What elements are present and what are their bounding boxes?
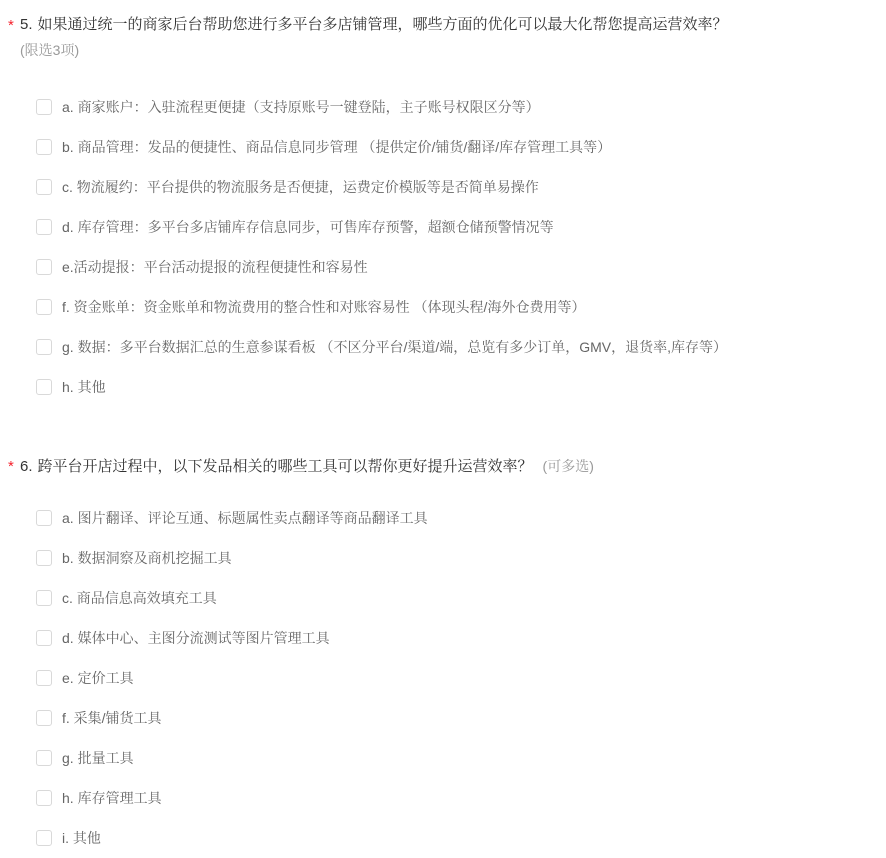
option-row[interactable]: e.活动提报：平台活动提报的流程便捷性和容易性 bbox=[0, 247, 886, 287]
option-label: h. 库存管理工具 bbox=[62, 788, 162, 808]
option-label: d. 库存管理：多平台多店铺库存信息同步，可售库存预警，超额仓储预警情况等 bbox=[62, 217, 554, 237]
question-6-options-list: a. 图片翻译、评论互通、标题属性卖点翻译等商品翻译工具 b. 数据洞察及商机挖… bbox=[0, 498, 886, 858]
option-row[interactable]: h. 其他 bbox=[0, 367, 886, 407]
option-row[interactable]: f. 资金账单：资金账单和物流费用的整合性和对账容易性 （体现头程/海外仓费用等… bbox=[0, 287, 886, 327]
option-label: g. 批量工具 bbox=[62, 748, 134, 768]
option-row[interactable]: f. 采集/铺货工具 bbox=[0, 698, 886, 738]
option-label: i. 其他 bbox=[62, 828, 101, 848]
question-5-options-list: a. 商家账户：入驻流程更便捷（支持原账号一键登陆，主子账号权限区分等） b. … bbox=[0, 87, 886, 407]
option-label: d. 媒体中心、主图分流测试等图片管理工具 bbox=[62, 628, 330, 648]
checkbox-unchecked-icon[interactable] bbox=[36, 259, 52, 275]
required-asterisk: * bbox=[8, 456, 14, 478]
question-6-multi-hint: (可多选) bbox=[543, 458, 594, 474]
checkbox-unchecked-icon[interactable] bbox=[36, 299, 52, 315]
option-row[interactable]: e. 定价工具 bbox=[0, 658, 886, 698]
option-label: g. 数据：多平台数据汇总的生意参谋看板 （不区分平台/渠道/端，总览有多少订单… bbox=[62, 337, 727, 357]
checkbox-unchecked-icon[interactable] bbox=[36, 630, 52, 646]
checkbox-unchecked-icon[interactable] bbox=[36, 510, 52, 526]
question-5: *5.如果通过统一的商家后台帮助您进行多平台多店铺管理，哪些方面的优化可以最大化… bbox=[0, 14, 886, 407]
option-label: f. 资金账单：资金账单和物流费用的整合性和对账容易性 （体现头程/海外仓费用等… bbox=[62, 297, 585, 317]
option-row[interactable]: a. 商家账户：入驻流程更便捷（支持原账号一键登陆，主子账号权限区分等） bbox=[0, 87, 886, 127]
checkbox-unchecked-icon[interactable] bbox=[36, 750, 52, 766]
question-title-text: 跨平台开店过程中，以下发品相关的哪些工具可以帮你更好提升运营效率？ bbox=[38, 458, 533, 475]
question-6-title: *6.跨平台开店过程中，以下发品相关的哪些工具可以帮你更好提升运营效率？(可多选… bbox=[0, 455, 886, 478]
option-label: c. 商品信息高效填充工具 bbox=[62, 588, 217, 608]
question-title-text: 如果通过统一的商家后台帮助您进行多平台多店铺管理，哪些方面的优化可以最大化帮您提… bbox=[38, 16, 728, 33]
checkbox-unchecked-icon[interactable] bbox=[36, 379, 52, 395]
option-label: b. 商品管理：发品的便捷性、商品信息同步管理 （提供定价/铺货/翻译/库存管理… bbox=[62, 137, 611, 157]
option-label: a. 商家账户：入驻流程更便捷（支持原账号一键登陆，主子账号权限区分等） bbox=[62, 97, 540, 117]
option-label: h. 其他 bbox=[62, 377, 106, 397]
option-row[interactable]: g. 数据：多平台数据汇总的生意参谋看板 （不区分平台/渠道/端，总览有多少订单… bbox=[0, 327, 886, 367]
checkbox-unchecked-icon[interactable] bbox=[36, 219, 52, 235]
question-5-limit-hint: (限选3项) bbox=[20, 40, 886, 60]
checkbox-unchecked-icon[interactable] bbox=[36, 830, 52, 846]
option-label: a. 图片翻译、评论互通、标题属性卖点翻译等商品翻译工具 bbox=[62, 508, 428, 528]
checkbox-unchecked-icon[interactable] bbox=[36, 710, 52, 726]
required-asterisk: * bbox=[8, 15, 14, 37]
option-row[interactable]: d. 媒体中心、主图分流测试等图片管理工具 bbox=[0, 618, 886, 658]
checkbox-unchecked-icon[interactable] bbox=[36, 139, 52, 155]
option-row[interactable]: c. 物流履约：平台提供的物流服务是否便捷，运费定价模版等是否简单易操作 bbox=[0, 167, 886, 207]
option-label: c. 物流履约：平台提供的物流服务是否便捷，运费定价模版等是否简单易操作 bbox=[62, 177, 539, 197]
option-row[interactable]: c. 商品信息高效填充工具 bbox=[0, 578, 886, 618]
question-5-title: *5.如果通过统一的商家后台帮助您进行多平台多店铺管理，哪些方面的优化可以最大化… bbox=[0, 14, 886, 36]
option-label: e.活动提报：平台活动提报的流程便捷性和容易性 bbox=[62, 257, 368, 277]
option-row[interactable]: i. 其他 bbox=[0, 818, 886, 858]
checkbox-unchecked-icon[interactable] bbox=[36, 339, 52, 355]
option-row[interactable]: b. 商品管理：发品的便捷性、商品信息同步管理 （提供定价/铺货/翻译/库存管理… bbox=[0, 127, 886, 167]
option-label: b. 数据洞察及商机挖掘工具 bbox=[62, 548, 232, 568]
option-label: f. 采集/铺货工具 bbox=[62, 708, 162, 728]
checkbox-unchecked-icon[interactable] bbox=[36, 550, 52, 566]
option-row[interactable]: a. 图片翻译、评论互通、标题属性卖点翻译等商品翻译工具 bbox=[0, 498, 886, 538]
option-row[interactable]: d. 库存管理：多平台多店铺库存信息同步，可售库存预警，超额仓储预警情况等 bbox=[0, 207, 886, 247]
option-row[interactable]: b. 数据洞察及商机挖掘工具 bbox=[0, 538, 886, 578]
option-row[interactable]: g. 批量工具 bbox=[0, 738, 886, 778]
question-6: *6.跨平台开店过程中，以下发品相关的哪些工具可以帮你更好提升运营效率？(可多选… bbox=[0, 455, 886, 858]
checkbox-unchecked-icon[interactable] bbox=[36, 670, 52, 686]
question-number: 6. bbox=[20, 458, 33, 475]
checkbox-unchecked-icon[interactable] bbox=[36, 790, 52, 806]
checkbox-unchecked-icon[interactable] bbox=[36, 179, 52, 195]
checkbox-unchecked-icon[interactable] bbox=[36, 99, 52, 115]
option-label: e. 定价工具 bbox=[62, 668, 134, 688]
checkbox-unchecked-icon[interactable] bbox=[36, 590, 52, 606]
question-number: 5. bbox=[20, 16, 33, 33]
option-row[interactable]: h. 库存管理工具 bbox=[0, 778, 886, 818]
